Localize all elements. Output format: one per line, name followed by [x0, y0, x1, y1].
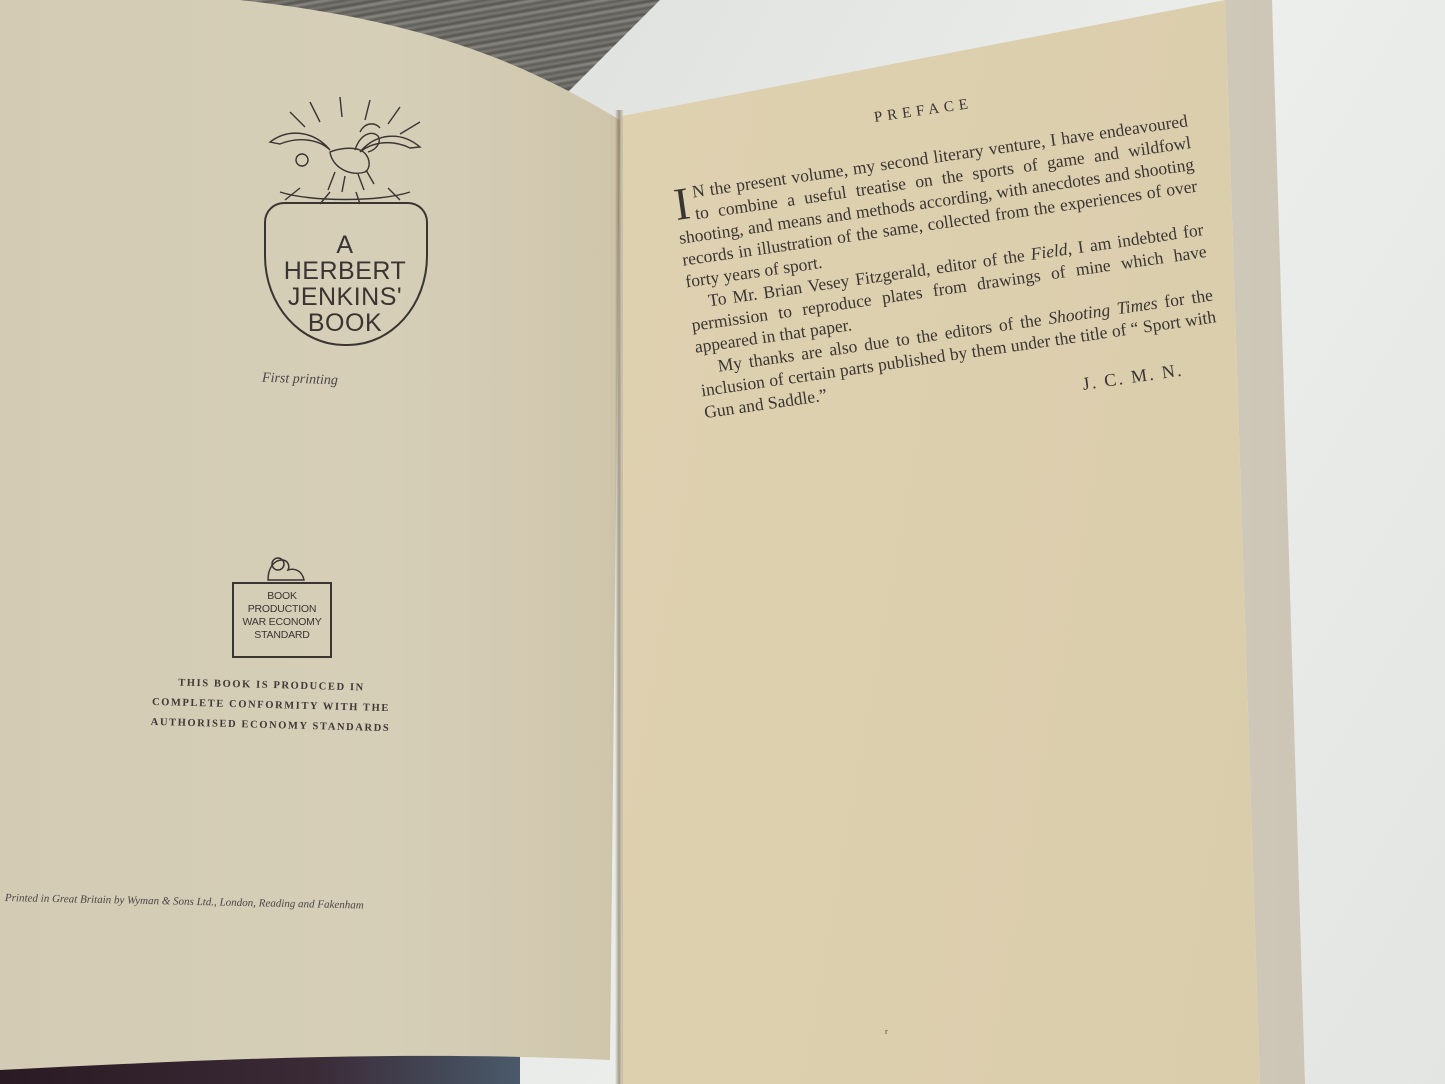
war-line-4: STANDARD [232, 629, 332, 642]
logo-line-3: JENKINS' [250, 284, 440, 310]
war-economy-logo: BOOK PRODUCTION WAR ECONOMY STANDARD [228, 552, 338, 662]
lion-on-book-icon [260, 552, 310, 584]
photo-scene: A HERBERT JENKINS' BOOK First printing B… [0, 0, 1445, 1084]
page-signature-mark: r [885, 1027, 888, 1036]
paragraph-2-italic: Field [1029, 239, 1068, 264]
logo-text: A HERBERT JENKINS' BOOK [250, 232, 440, 336]
war-line-1: BOOK [232, 590, 332, 603]
publisher-logo: A HERBERT JENKINS' BOOK [250, 92, 440, 352]
logo-line-1: A [250, 232, 440, 258]
conformity-notice: THIS BOOK IS PRODUCED IN COMPLETE CONFOR… [135, 672, 406, 739]
war-line-2: PRODUCTION [232, 603, 332, 616]
war-line-3: WAR ECONOMY [232, 616, 332, 629]
war-economy-text: BOOK PRODUCTION WAR ECONOMY STANDARD [232, 590, 332, 642]
first-printing-label: First printing [262, 371, 338, 390]
logo-line-4: BOOK [250, 310, 440, 336]
book-gutter [615, 110, 623, 1084]
logo-line-2: HERBERT [250, 258, 440, 284]
pegasus-icon [260, 92, 430, 212]
